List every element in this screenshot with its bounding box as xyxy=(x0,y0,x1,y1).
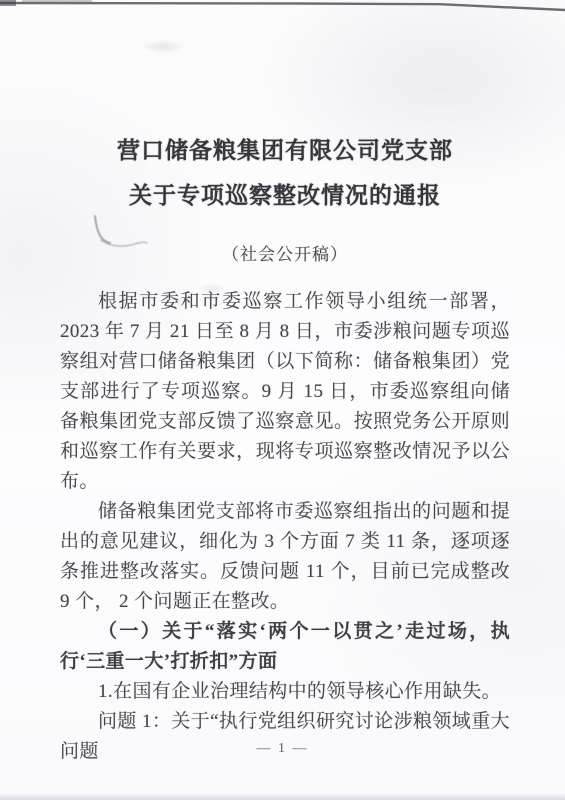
page-bottom-edge-artifact xyxy=(0,793,565,800)
doc-title-line2: 关于专项巡察整改情况的通报 xyxy=(60,173,510,218)
section-heading-one: （一）关于“落实‘两个一以贯之’走过场，执行‘三重一大’打折扣”方面 xyxy=(60,617,510,677)
doc-title-line1: 营口储备粮集团有限公司党支部 xyxy=(60,128,510,173)
page-number: — 1 — xyxy=(0,741,565,757)
document-body: 营口储备粮集团有限公司党支部 关于专项巡察整改情况的通报 （社会公开稿） 根据市… xyxy=(60,128,510,767)
question-one-line: 问题 1：关于“执行党组织研究讨论涉粮领域重大问题 xyxy=(60,707,510,767)
paragraph-inspection-background: 根据市委和市委巡察工作领导小组统一部署，2023 年 7 月 21 日至 8 月… xyxy=(60,287,510,497)
scanned-document-page: 营口储备粮集团有限公司党支部 关于专项巡察整改情况的通报 （社会公开稿） 根据市… xyxy=(0,0,565,800)
scan-smudge-top xyxy=(140,40,186,53)
item-heading-governance: 1.在国有企业治理结构中的领导核心作用缺失。 xyxy=(60,677,510,707)
body-text-block: 根据市委和市委巡察工作领导小组统一部署，2023 年 7 月 21 日至 8 月… xyxy=(60,287,510,767)
paragraph-rectification-progress: 储备粮集团党支部将市委巡察组指出的问题和提出的意见建议，细化为 3 个方面 7 … xyxy=(60,497,510,617)
page-top-edge-artifact xyxy=(0,0,565,16)
doc-subtitle: （社会公开稿） xyxy=(60,240,510,270)
